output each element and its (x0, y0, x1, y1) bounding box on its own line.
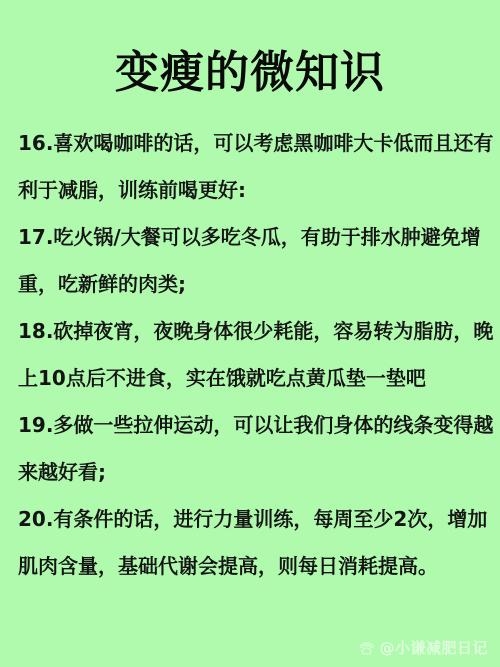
watermark: @小谦减肥日记 (358, 637, 488, 658)
tip-item-17: 17.吃火锅/大餐可以多吃冬瓜，有助于排水肿避免增 重，吃新鲜的肉类; (18, 214, 494, 308)
note-card: 变瘦的微知识 16.喜欢喝咖啡的话，可以考虑黑咖啡大卡低而且还有 利于减脂，训练… (0, 0, 500, 667)
watermark-text: @小谦减肥日记 (379, 637, 488, 658)
tip-item-19: 19.多做一些拉伸运动，可以让我们身体的线条变得越 来越好看; (18, 402, 494, 496)
tip-item-20: 20.有条件的话，进行力量训练，每周至少2次，增加 肌肉含量，基础代谢会提高，则… (18, 496, 494, 590)
page-title: 变瘦的微知识 (0, 36, 500, 100)
paw-icon (358, 640, 375, 656)
tips-list: 16.喜欢喝咖啡的话，可以考虑黑咖啡大卡低而且还有 利于减脂，训练前喝更好: 1… (18, 120, 494, 590)
tip-item-18: 18.砍掉夜宵，夜晚身体很少耗能，容易转为脂肪，晚 上10点后不进食，实在饿就吃… (18, 308, 494, 402)
tip-item-16: 16.喜欢喝咖啡的话，可以考虑黑咖啡大卡低而且还有 利于减脂，训练前喝更好: (18, 120, 494, 214)
